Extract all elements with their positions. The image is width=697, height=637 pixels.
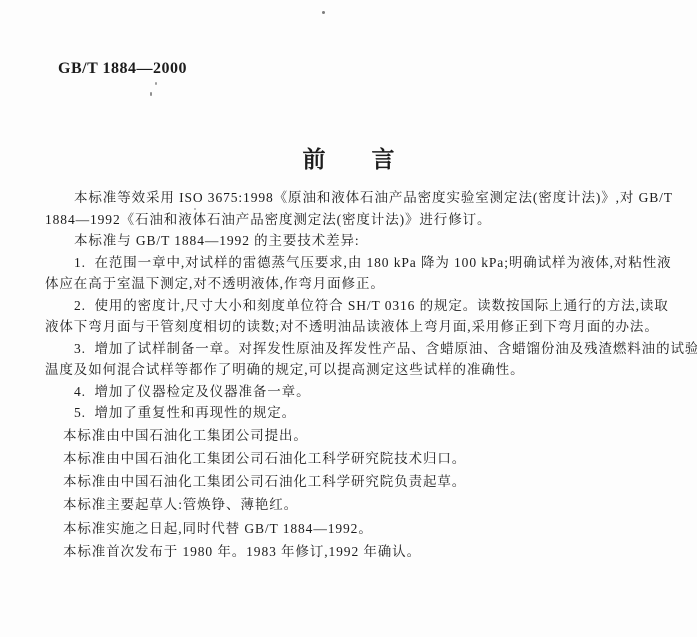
foreword-line: 1884—1992《石油和液体石油产品密度测定法(密度计法)》进行修订。 <box>45 209 690 231</box>
foreword-line: 液体下弯月面与干管刻度相切的读数;对不透明油品读液体上弯月面,采用修正到下弯月面… <box>45 316 690 338</box>
attribution-line: 本标准由中国石油化工集团公司提出。 <box>45 424 690 447</box>
foreword-line: 本标准等效采用 ISO 3675:1998《原油和液体石油产品密度实验室测定法(… <box>45 187 690 209</box>
attribution-line: 本标准实施之日起,同时代替 GB/T 1884—1992。 <box>45 517 690 540</box>
title-char-yan: 言 <box>372 141 395 174</box>
foreword-line: 1. 在范围一章中,对试样的雷德蒸气压要求,由 180 kPa 降为 100 k… <box>45 252 690 274</box>
standard-number: GB/T 1884—2000 <box>58 60 187 78</box>
foreword-line: 温度及如何混合试样等都作了明确的规定,可以提高测定这些试样的准确性。 <box>45 359 690 381</box>
scan-speck <box>194 208 196 210</box>
foreword-paragraphs: 本标准等效采用 ISO 3675:1998《原油和液体石油产品密度实验室测定法(… <box>45 187 690 424</box>
body-text: 本标准等效采用 ISO 3675:1998《原油和液体石油产品密度实验室测定法(… <box>45 187 690 563</box>
foreword-line: 4. 增加了仪器检定及仪器准备一章。 <box>45 381 690 403</box>
attribution-line: 本标准主要起草人:管焕铮、薄艳红。 <box>45 493 690 516</box>
attribution-line: 本标准首次发布于 1980 年。1983 年修订,1992 年确认。 <box>45 540 690 563</box>
foreword-line: 2. 使用的密度计,尺寸大小和刻度单位符合 SH/T 0316 的规定。读数按国… <box>45 295 690 317</box>
attribution-line: 本标准由中国石油化工集团公司石油化工科学研究院负责起草。 <box>45 470 690 493</box>
document-page: GB/T 1884—2000 前 言 本标准等效采用 ISO 3675:1998… <box>0 0 697 637</box>
scan-speck <box>150 92 152 96</box>
scan-speck <box>155 82 157 85</box>
foreword-line: 5. 增加了重复性和再现性的规定。 <box>45 402 690 424</box>
page-title: 前 言 <box>0 141 697 174</box>
scan-speck <box>322 11 325 14</box>
title-char-qian: 前 <box>303 141 326 174</box>
attribution-line: 本标准由中国石油化工集团公司石油化工科学研究院技术归口。 <box>45 447 690 470</box>
foreword-line: 体应在高于室温下测定,对不透明液体,作弯月面修正。 <box>45 273 690 295</box>
attribution-paragraphs: 本标准由中国石油化工集团公司提出。 本标准由中国石油化工集团公司石油化工科学研究… <box>45 424 690 564</box>
foreword-line: 本标准与 GB/T 1884—1992 的主要技术差异: <box>45 230 690 252</box>
foreword-line: 3. 增加了试样制备一章。对挥发性原油及挥发性产品、含蜡原油、含蜡馏份油及残渣燃… <box>45 338 690 360</box>
